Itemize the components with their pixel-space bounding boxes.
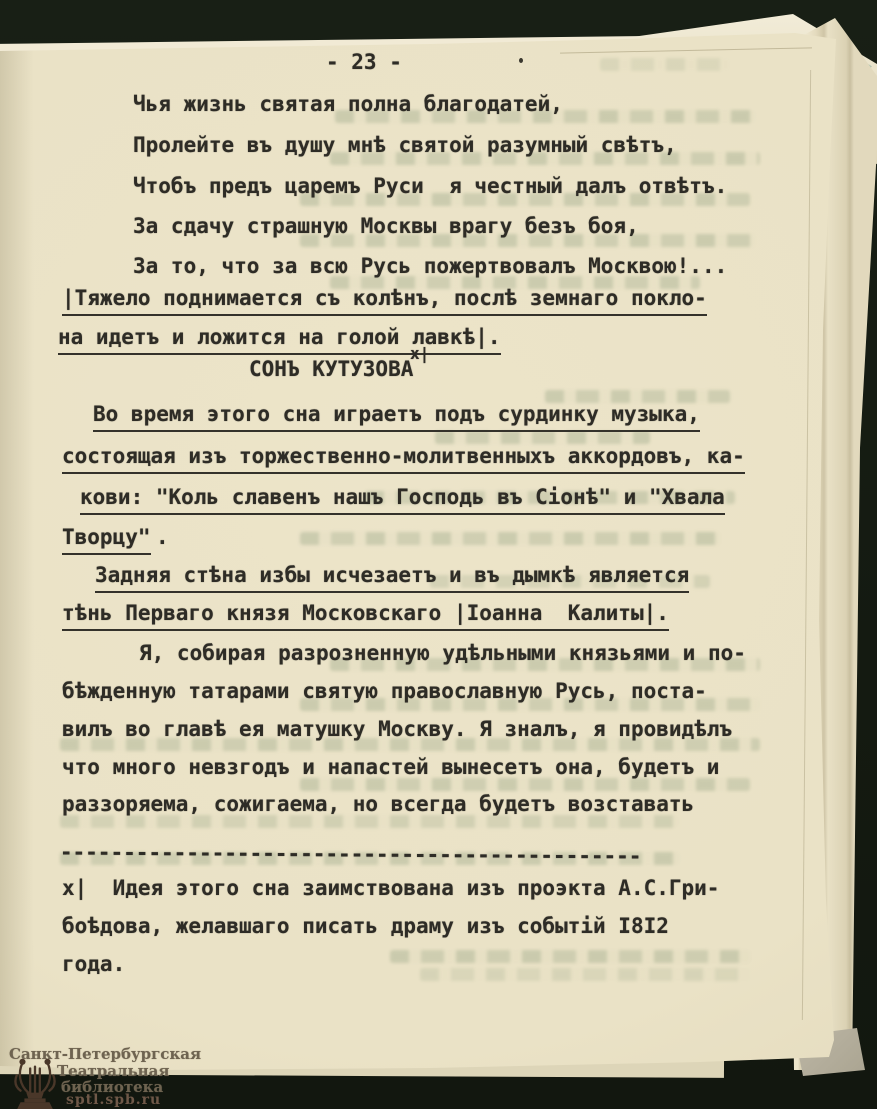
document-scan: - 23 -Чья жизнь святая полна благодатей,… (0, 0, 877, 1109)
typed-line: Во время этого сна играетъ подъ сурдинку… (93, 402, 700, 432)
typed-line: Пролейте въ душу мнѣ святой разумный свѣ… (133, 133, 677, 158)
typed-line: состоящая изъ торжественно-молитвенныхъ … (62, 444, 745, 474)
typed-line: х| Идея этого сна заимствована изъ проэк… (62, 876, 719, 901)
watermark-line: Санкт-Петербургская (9, 1045, 201, 1063)
typed-line: боѣдова, желавшаго писать драму изъ собы… (62, 914, 669, 939)
typed-line: тѣнь Перваго князя Московскаго |Іоанна К… (62, 601, 669, 631)
typed-line: Чтобъ предъ царемъ Руси я честный далъ о… (133, 174, 727, 199)
watermark-url: sptl.spb.ru (66, 1092, 161, 1108)
typed-line: вилъ во главѣ ея матушку Москву. Я зналъ… (62, 717, 732, 742)
typed-line: Чья жизнь святая полна благодатей, (133, 92, 563, 117)
typed-line: |Тяжело поднимается съ колѣнъ, послѣ зем… (62, 286, 707, 316)
typed-line: кови: "Коль славенъ нашъ Господь въ Сіон… (80, 485, 725, 515)
footnote-separator: ----------------------------------------… (60, 840, 642, 869)
typed-line: бѣжденную татарами святую православную Р… (62, 679, 707, 704)
typed-line: года. (62, 952, 125, 977)
library-logo-lyre-icon (12, 1056, 58, 1109)
typed-line: что много невзгодъ и напастей вынесетъ о… (62, 755, 719, 780)
typed-text-layer: - 23 -Чья жизнь святая полна благодатей,… (0, 0, 877, 1109)
typed-line: . (156, 525, 169, 550)
scene-heading: СОНЪ КУТУЗОВА (249, 357, 413, 382)
typed-line: раззоряема, сожигаема, но всегда будетъ … (62, 792, 694, 817)
typed-line: Я, собирая разрозненную удѣльными князья… (139, 641, 746, 666)
typed-line: За то, что за всю Русь пожертвовалъ Моск… (133, 254, 727, 279)
typed-line: За сдачу страшную Москвы врагу безъ боя, (133, 214, 639, 239)
typed-line: на идетъ и ложится на голой лавкѣ|. (58, 325, 501, 355)
library-watermark: Санкт-Петербургская Театральная библиоте… (0, 1030, 230, 1109)
typed-line: Задняя стѣна избы исчезаетъ и въ дымкѣ я… (95, 563, 689, 593)
page-number: - 23 - (326, 50, 402, 75)
typed-line: Творцу" (62, 525, 151, 555)
